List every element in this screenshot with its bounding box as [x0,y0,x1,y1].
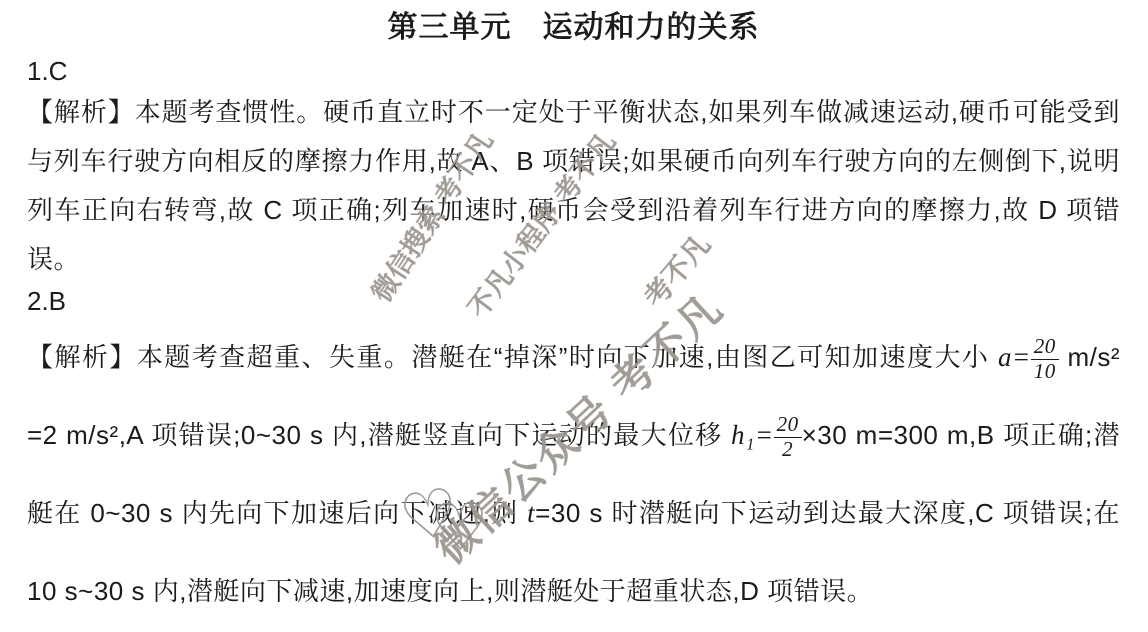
answer-1-number: 1.C [27,54,1120,88]
page-title: 第三单元 运动和力的关系 [27,6,1120,50]
variable-h1: h₁ [731,420,755,450]
answer-sheet-content: 第三单元 运动和力的关系 1.C 【解析】本题考查惯性。硬币直立时不一定处于平衡… [27,6,1120,630]
fraction-displacement-numerator: 20 [774,413,802,437]
fraction-acceleration: 2010 [1031,335,1059,383]
document-page: 第三单元 运动和力的关系 1.C 【解析】本题考查惯性。硬币直立时不一定处于平衡… [0,0,1148,632]
fraction-acceleration-denominator: 10 [1031,359,1059,384]
answer-2-number: 2.B [27,284,1120,318]
answer-2-analysis: 【解析】本题考查超重、失重。潜艇在“掉深”时向下加速,由图乙可知加速度大小 a=… [27,318,1120,630]
answer-1-analysis: 【解析】本题考查惯性。硬币直立时不一定处于平衡状态,如果列车做减速运动,硬币可能… [27,88,1120,284]
variable-t: t [527,498,535,528]
equals-sign-1: = [1012,342,1031,372]
fraction-acceleration-numerator: 20 [1031,335,1059,359]
fraction-displacement-denominator: 2 [774,437,802,462]
fraction-displacement: 202 [774,413,802,461]
equals-sign-2: = [755,420,774,450]
analysis-2-text-1: 【解析】本题考查超重、失重。潜艇在“掉深”时向下加速,由图乙可知加速度大小 [27,342,998,372]
variable-a: a [998,342,1012,372]
